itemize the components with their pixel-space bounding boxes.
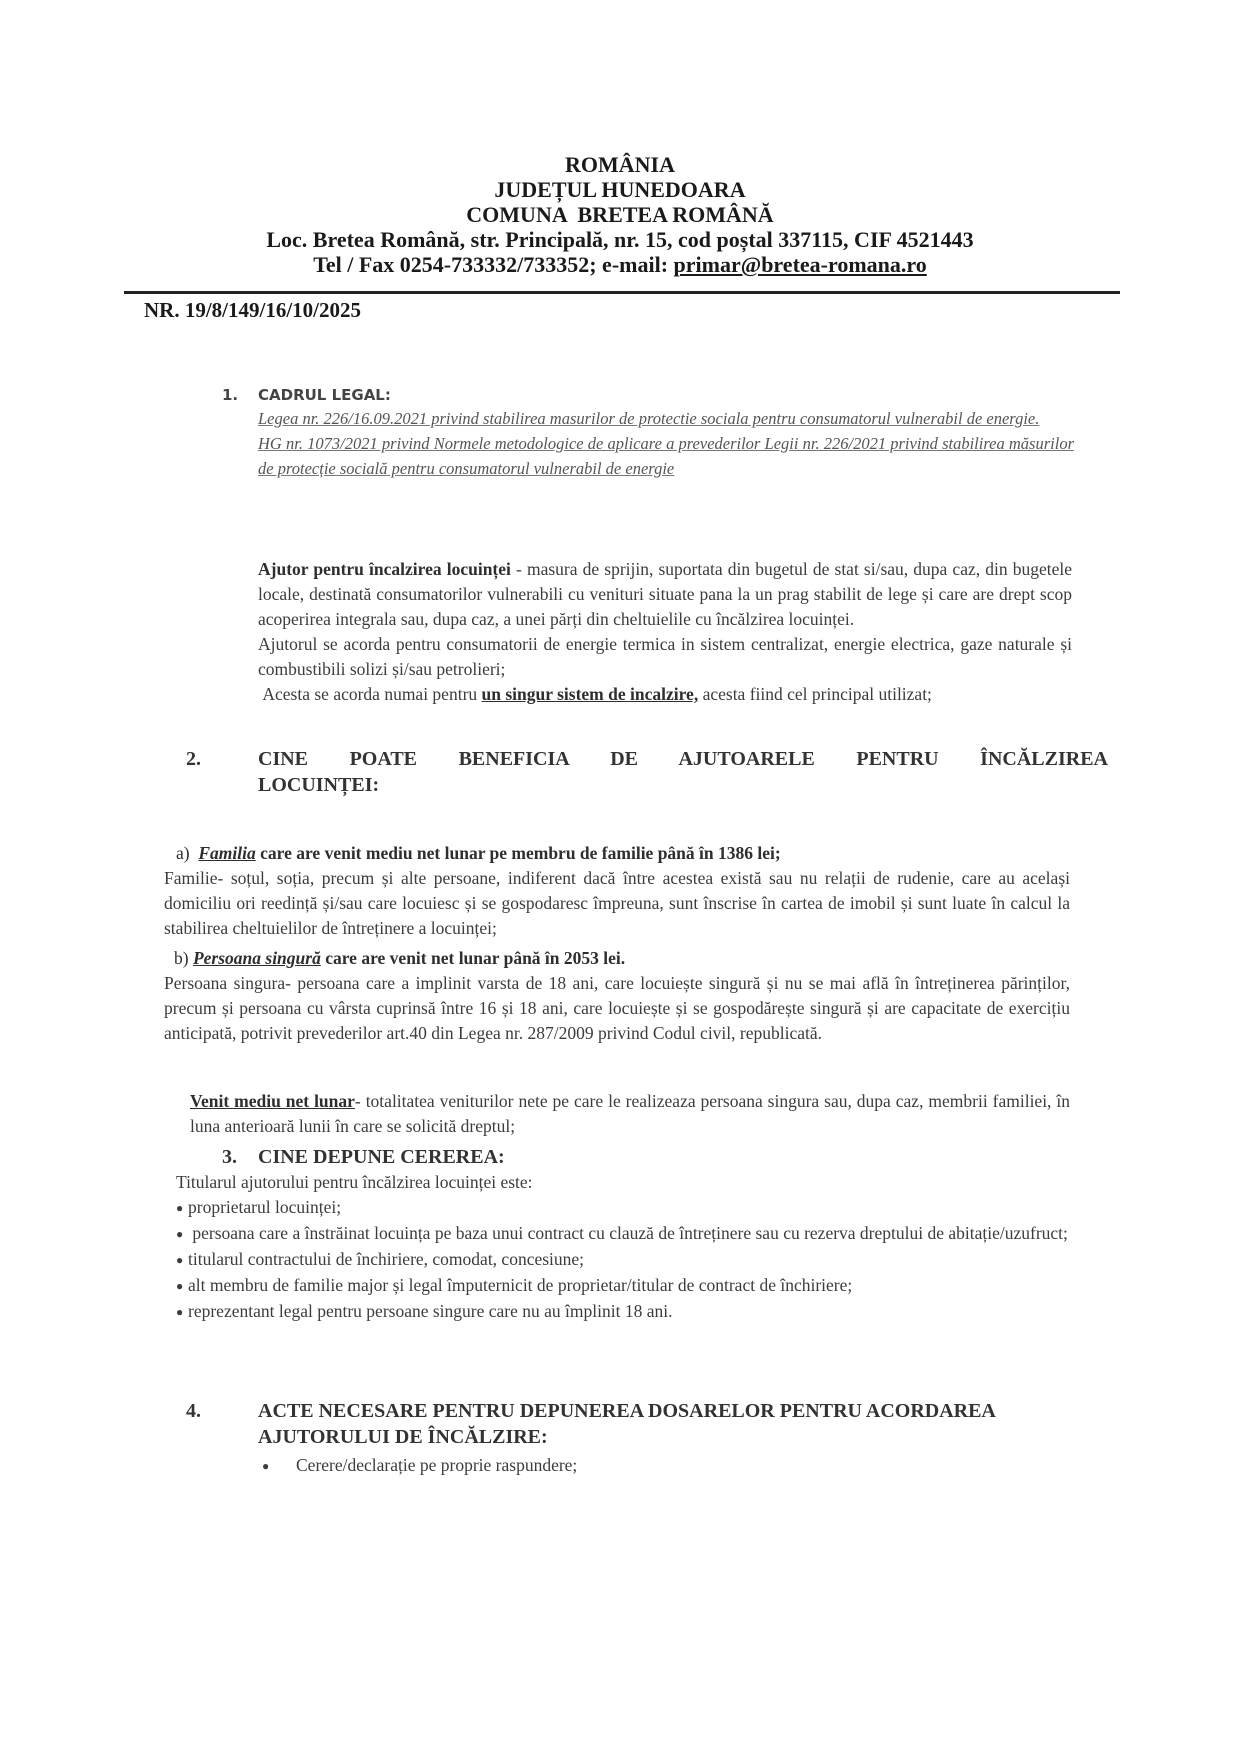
section-number: 3.: [222, 1146, 258, 1169]
legal-reference-law: Legea nr. 226/16.09.2021 privind stabili…: [258, 406, 1074, 431]
bullet-icon: ●: [176, 1274, 188, 1299]
list-item-text: titularul contractului de închiriere, co…: [188, 1249, 584, 1269]
applicant-list: Titularul ajutorului pentru încălzirea l…: [176, 1170, 1076, 1325]
section-1-heading: 1.CADRUL LEGAL:: [222, 386, 391, 404]
family-criterion: a) Familia care are venit mediu net luna…: [164, 841, 1070, 866]
legal-reference-hg: HG nr. 1073/2021 privind Normele metodol…: [258, 431, 1074, 481]
single-system-rule: Acesta se acorda numai pentru un singur …: [258, 682, 1072, 707]
list-item: ●Cerere/declarație pe proprie raspundere…: [262, 1453, 1062, 1479]
list-item-text: alt membru de familie major și legal împ…: [188, 1275, 852, 1295]
item-marker: b): [174, 948, 193, 968]
contact-text: Tel / Fax 0254-733332/733352; e-mail:: [313, 252, 673, 277]
list-item-text: persoana care a înstrăinat locuința pe b…: [188, 1223, 1068, 1243]
section-title: CINE POATE BENEFICIA DE AJUTOARELE PENTR…: [258, 748, 1108, 796]
single-person-definition: Persoana singura- persoana care a implin…: [164, 971, 1070, 1046]
section-4-heading: 4.ACTE NECESARE PENTRU DEPUNEREA DOSAREL…: [222, 1398, 1118, 1450]
country-name: ROMÂNIA: [120, 152, 1120, 177]
family-label: Familia: [198, 843, 255, 863]
single-system-prefix: Acesta se acorda numai pentru: [258, 684, 482, 704]
ajutor-term: Ajutor pentru încalzirea locuinței: [258, 559, 511, 579]
list-item: ●proprietarul locuinței;: [176, 1195, 1076, 1221]
bullet-icon: ●: [176, 1196, 188, 1221]
section-title: CINE DEPUNE CEREREA:: [258, 1146, 505, 1168]
family-criterion-text: care are venit mediu net lunar pe membru…: [256, 843, 781, 863]
section-title: CADRUL LEGAL:: [258, 386, 391, 404]
income-term: Venit mediu net lunar: [190, 1091, 355, 1111]
single-system-suffix: acesta fiind cel principal utilizat;: [698, 684, 932, 704]
section-2-heading: 2.CINE POATE BENEFICIA DE AJUTOARELE PEN…: [222, 746, 1108, 798]
email-link[interactable]: primar@bretea-romana.ro: [674, 252, 927, 277]
ajutor-scope: Ajutorul se acorda pentru consumatorii d…: [258, 632, 1072, 682]
required-documents-list: ●Cerere/declarație pe proprie raspundere…: [262, 1453, 1062, 1479]
list-item: ●titularul contractului de închiriere, c…: [176, 1247, 1076, 1273]
address-line: Loc. Bretea Română, str. Principală, nr.…: [120, 227, 1120, 252]
legal-references: Legea nr. 226/16.09.2021 privind stabili…: [258, 406, 1074, 481]
section-number: 2.: [222, 746, 258, 772]
bullet-icon: ●: [262, 1454, 296, 1479]
document-number: NR. 19/8/149/16/10/2025: [144, 298, 361, 323]
single-person-criterion: b) Persoana singură care are venit net l…: [164, 946, 1070, 971]
bullet-icon: ●: [176, 1248, 188, 1273]
list-item-text: reprezentant legal pentru persoane singu…: [188, 1301, 672, 1321]
letterhead: ROMÂNIA JUDEȚUL HUNEDOARA COMUNA BRETEA …: [120, 152, 1120, 277]
list-item-text: Cerere/declarație pe proprie raspundere;: [296, 1455, 577, 1475]
list-item: ●alt membru de familie major și legal îm…: [176, 1273, 1076, 1299]
income-definition-text: Venit mediu net lunar- totalitatea venit…: [190, 1089, 1070, 1139]
income-definition: Venit mediu net lunar- totalitatea venit…: [190, 1089, 1070, 1139]
bullet-icon: ●: [176, 1300, 188, 1325]
bullet-icon: ●: [176, 1222, 188, 1247]
eligibility-family: a) Familia care are venit mediu net luna…: [164, 841, 1070, 941]
header-divider: [124, 291, 1120, 294]
section-number: 1.: [222, 386, 258, 404]
family-definition: Familie- soțul, soția, precum și alte pe…: [164, 866, 1070, 941]
list-item-text: proprietarul locuinței;: [188, 1197, 341, 1217]
applicant-intro: Titularul ajutorului pentru încălzirea l…: [176, 1170, 1076, 1195]
document-page: ROMÂNIA JUDEȚUL HUNEDOARA COMUNA BRETEA …: [0, 0, 1240, 1753]
single-person-label: Persoana singură: [193, 948, 321, 968]
eligibility-single-person: b) Persoana singură care are venit net l…: [164, 946, 1070, 1046]
list-item: ●reprezentant legal pentru persoane sing…: [176, 1299, 1076, 1325]
commune-name: COMUNA BRETEA ROMÂNĂ: [120, 202, 1120, 227]
list-item: ● persoana care a înstrăinat locuința pe…: [176, 1221, 1076, 1247]
single-system-emphasis: un singur sistem de incalzire,: [482, 684, 699, 704]
item-marker: a): [176, 843, 198, 863]
ajutor-definition-block: Ajutor pentru încalzirea locuinței - mas…: [258, 557, 1072, 707]
contact-line: Tel / Fax 0254-733332/733352; e-mail: pr…: [120, 252, 1120, 277]
section-3-heading: 3.CINE DEPUNE CEREREA:: [222, 1146, 505, 1169]
single-person-criterion-text: care are venit net lunar până în 2053 le…: [321, 948, 625, 968]
section-number: 4.: [222, 1398, 258, 1424]
section-title: ACTE NECESARE PENTRU DEPUNEREA DOSARELOR…: [258, 1400, 995, 1448]
ajutor-definition: Ajutor pentru încalzirea locuinței - mas…: [258, 557, 1072, 632]
county-name: JUDEȚUL HUNEDOARA: [120, 177, 1120, 202]
